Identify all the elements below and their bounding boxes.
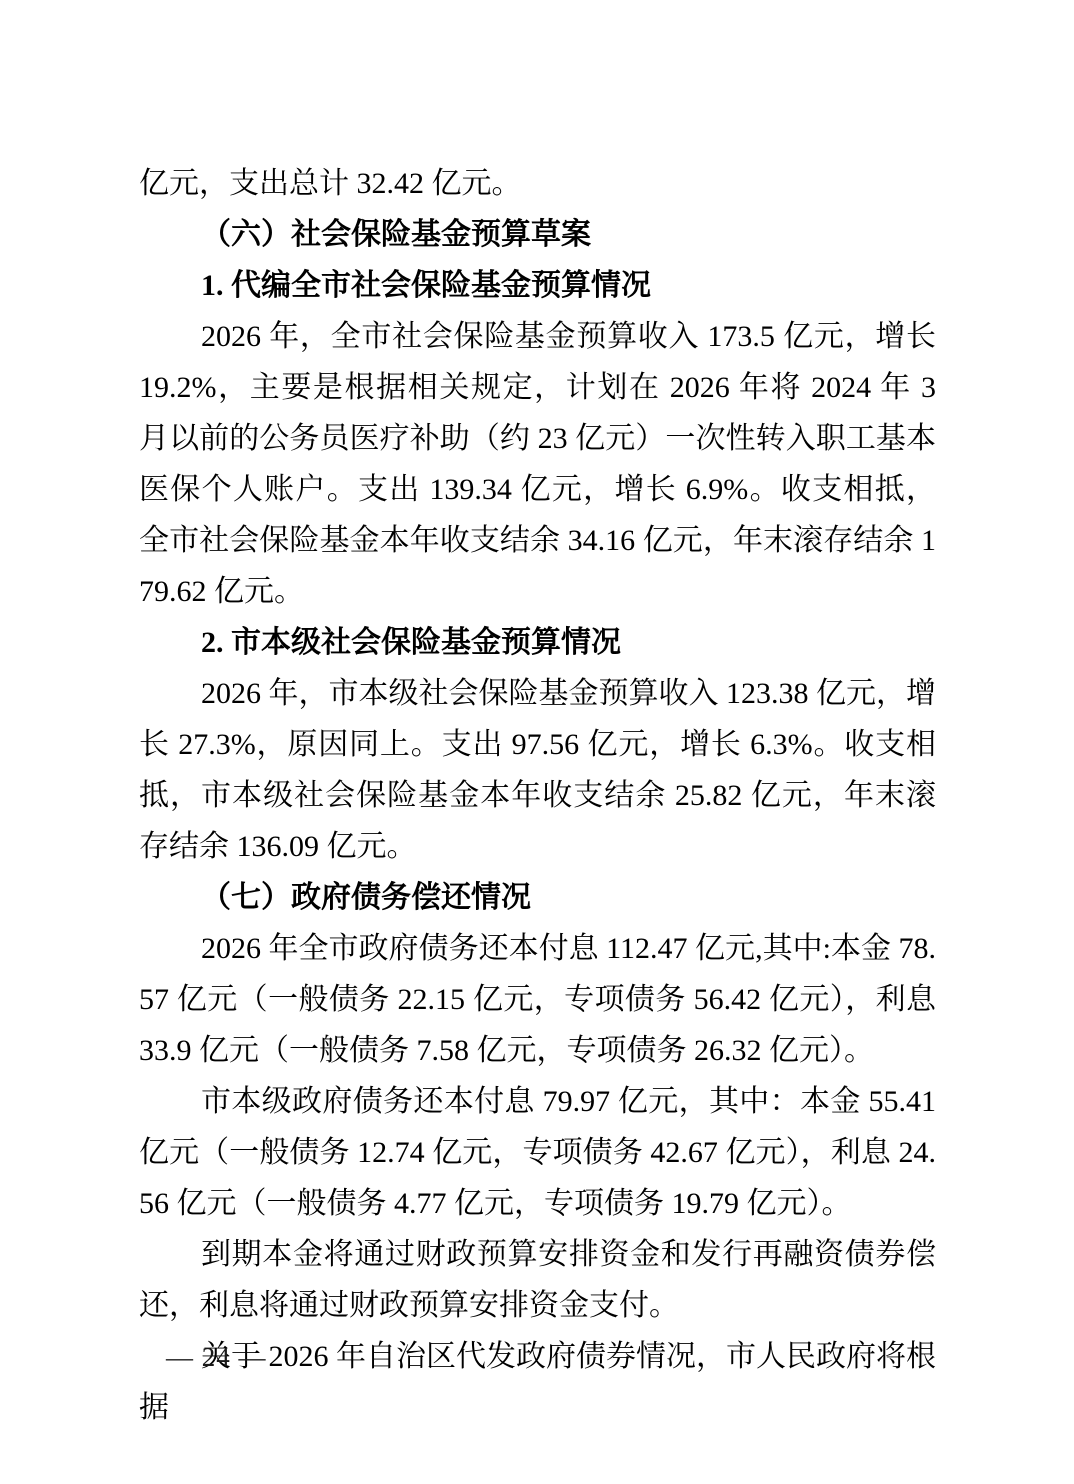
document-body: 亿元，支出总计 32.42 亿元。 （六）社会保险基金预算草案 1. 代编全市社…	[139, 158, 936, 1433]
document-page: 亿元，支出总计 32.42 亿元。 （六）社会保险基金预算草案 1. 代编全市社…	[0, 0, 1074, 1484]
section-heading-six: （六）社会保险基金预算草案	[139, 209, 936, 260]
subsection-heading-1: 1. 代编全市社会保险基金预算情况	[139, 260, 936, 311]
paragraph-citywide-social-insurance: 2026 年，全市社会保险基金预算收入 173.5 亿元，增长 19.2%，主要…	[139, 311, 936, 617]
subsection-heading-2: 2. 市本级社会保险基金预算情况	[139, 617, 936, 668]
paragraph-continuation: 亿元，支出总计 32.42 亿元。	[139, 158, 936, 209]
paragraph-citywide-debt-repayment: 2026 年全市政府债务还本付息 112.47 亿元,其中:本金 78.57 亿…	[139, 923, 936, 1076]
section-heading-seven: （七）政府债务偿还情况	[139, 872, 936, 923]
paragraph-municipal-debt-repayment: 市本级政府债务还本付息 79.97 亿元，其中：本金 55.41 亿元（一般债务…	[139, 1076, 936, 1229]
page-number: — 24 —	[166, 1340, 267, 1374]
paragraph-municipal-social-insurance: 2026 年，市本级社会保险基金预算收入 123.38 亿元，增长 27.3%，…	[139, 668, 936, 872]
paragraph-principal-repayment-method: 到期本金将通过财政预算安排资金和发行再融资债券偿还，利息将通过财政预算安排资金支…	[139, 1229, 936, 1331]
